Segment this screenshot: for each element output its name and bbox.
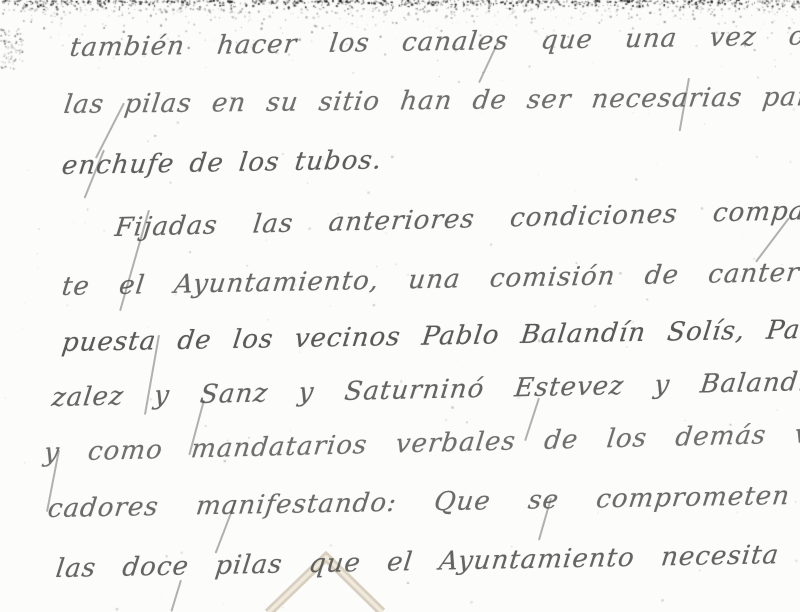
handwriting-line-3: enchufe de los tubos. [60, 145, 384, 181]
pen-flourish-stroke [170, 580, 182, 612]
manuscript-page: también hacer los canales que una vez co… [0, 0, 800, 612]
handwriting-line-8: y como mandatarios verbales de los demás… [42, 417, 800, 468]
handwriting-line-7: zalez y Sanz y Saturninó Estevez y Balan… [50, 365, 800, 413]
handwriting-line-4: Fijadas las anteriores condiciones compa… [113, 194, 800, 243]
handwriting-line-1: también hacer los canales que una vez co… [68, 20, 800, 63]
handwriting-line-2: las pilas en su sitio han de ser necesar… [62, 82, 800, 120]
handwriting-line-9: cadores manifestando: Que se comprometen… [46, 479, 800, 524]
handwriting-line-5: te el Ayuntamiento, una comisión de cant… [60, 256, 800, 302]
handwriting-line-10: las doce pilas que el Ayuntamiento neces… [54, 538, 800, 584]
handwriting-line-6: puesta de los vecinos Pablo Balandín Sol… [60, 314, 800, 358]
